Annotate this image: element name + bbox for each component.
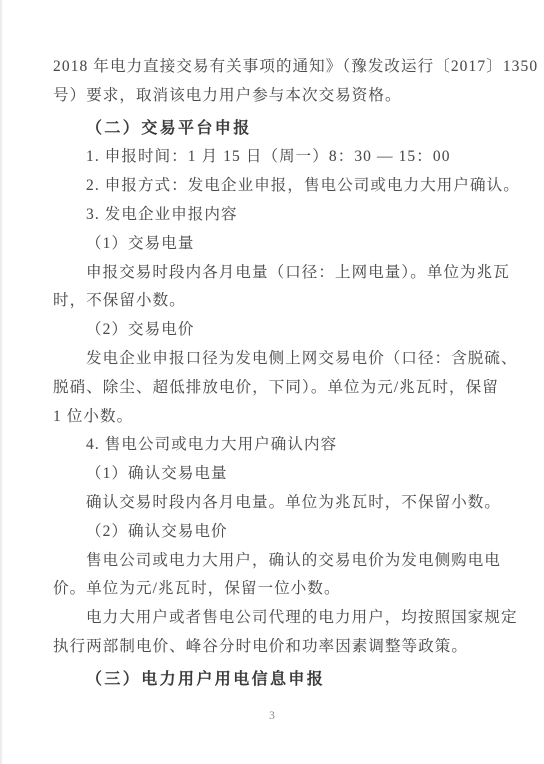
page-number: 3 [0, 708, 544, 724]
text-line: 价。单位为元/兆瓦时，保留一位小数。 [53, 575, 494, 604]
text-line: 号）要求，取消该电力用户参与本次交易资格。 [53, 82, 494, 111]
text-line: 脱硝、除尘、超低排放电价，下同）。单位为元/兆瓦时，保留 [53, 374, 494, 403]
text-line: （2）确认交易电价 [53, 518, 494, 547]
text-line: 确认交易时段内各月电量。单位为兆瓦时，不保留小数。 [53, 489, 494, 518]
section-heading: （三）电力用户用电信息申报 [53, 666, 494, 695]
document-page: 2018 年电力直接交易有关事项的通知》（豫发改运行〔2017〕1350号）要求… [0, 0, 544, 764]
text-line: 时，不保留小数。 [53, 287, 494, 316]
text-line: （2）交易电价 [53, 316, 494, 345]
text-line: 售电公司或电力大用户，确认的交易电价为发电侧购电电 [53, 547, 494, 576]
text-line: 发电企业申报口径为发电侧上网交易电价（口径：含脱硫、 [53, 345, 494, 374]
text-line: 3. 发电企业申报内容 [53, 201, 494, 230]
text-line: 4. 售电公司或电力大用户确认内容 [53, 431, 494, 460]
document-body: 2018 年电力直接交易有关事项的通知》（豫发改运行〔2017〕1350号）要求… [0, 0, 544, 695]
text-line: 1 位小数。 [53, 403, 494, 432]
text-line: 电力大用户或者售电公司代理的电力用户，均按照国家规定 [53, 604, 494, 633]
text-line: 2018 年电力直接交易有关事项的通知》（豫发改运行〔2017〕1350 [53, 53, 494, 82]
text-line: 1. 申报时间：1 月 15 日（周一）8：30 — 15：00 [53, 143, 494, 172]
text-line: （1）确认交易电量 [53, 460, 494, 489]
text-line: 执行两部制电价、峰谷分时电价和功率因素调整等政策。 [53, 633, 494, 662]
text-line: （1）交易电量 [53, 230, 494, 259]
text-line: 2. 申报方式：发电企业申报，售电公司或电力大用户确认。 [53, 172, 494, 201]
text-line: 申报交易时段内各月电量（口径：上网电量）。单位为兆瓦 [53, 259, 494, 288]
section-heading: （二）交易平台申报 [53, 115, 494, 144]
